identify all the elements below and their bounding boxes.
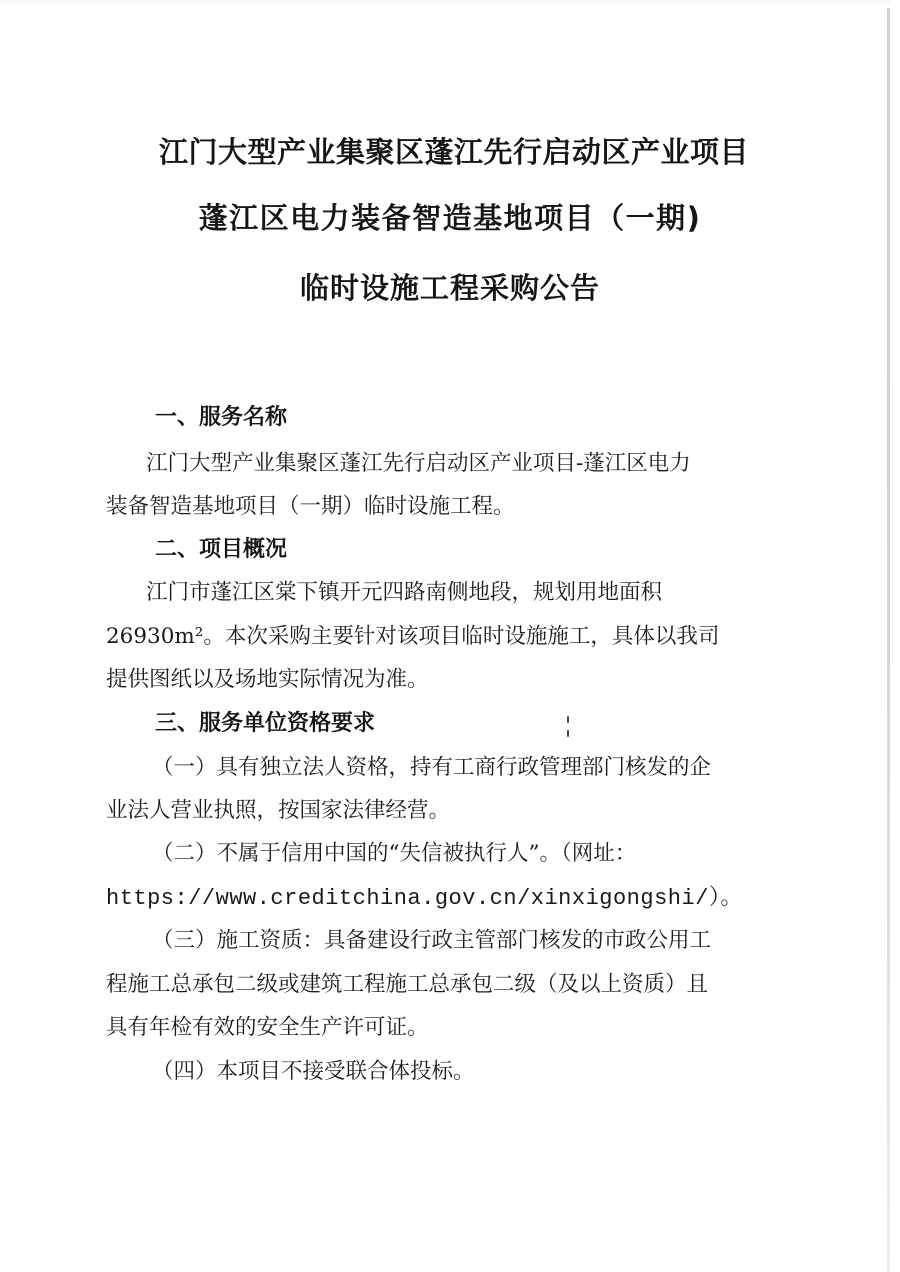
title-line-2: 蓬江区电力装备智造基地项目（一期) (0, 196, 900, 237)
requirement-4-line-1: （四）本项目不接受联合体投标。 (152, 1054, 475, 1085)
section-heading-service-name: 一、服务名称 (155, 400, 287, 431)
scan-artifact-mark (567, 730, 569, 737)
requirement-3-line-1: （三）施工资质：具备建设行政主管部门核发的市政公用工 (152, 923, 711, 954)
requirement-1-line-1: （一）具有独立法人资格，持有工商行政管理部门核发的企 (152, 750, 711, 781)
section-1-line-1: 江门大型产业集聚区蓬江先行启动区产业项目-蓬江区电力 (146, 446, 691, 477)
title-line-3: 临时设施工程采购公告 (0, 266, 900, 307)
section-heading-qualification-requirements: 三、服务单位资格要求 (155, 706, 375, 737)
section-2-line-3: 提供图纸以及场地实际情况为准。 (106, 662, 429, 693)
document-page: 江门大型产业集聚区蓬江先行启动区产业项目 蓬江区电力装备智造基地项目（一期) 临… (0, 0, 900, 1272)
section-heading-project-overview: 二、项目概况 (155, 532, 287, 563)
section-2-line-2: 26930m²。本次采购主要针对该项目临时设施施工，具体以我司 (106, 619, 719, 650)
section-2-line-1: 江门市蓬江区棠下镇开元四路南侧地段，规划用地面积 (146, 575, 662, 606)
requirement-3-line-2: 程施工总承包二级或建筑工程施工总承包二级（及以上资质）且 (106, 967, 708, 998)
section-1-line-2: 装备智造基地项目（一期）临时设施工程。 (106, 489, 515, 520)
scan-artifact-mark (567, 716, 569, 723)
requirement-2-url-line: https://www.creditchina.gov.cn/xinxigong… (106, 880, 743, 911)
requirement-2-line-1: （二）不属于信用中国的“失信被执行人”。（网址： (152, 836, 636, 867)
title-line-1: 江门大型产业集聚区蓬江先行启动区产业项目 (4, 130, 900, 171)
requirement-1-line-2: 业法人营业执照，按国家法律经营。 (106, 793, 450, 824)
scan-top-edge (0, 0, 890, 6)
requirement-3-line-3: 具有年检有效的安全生产许可证。 (106, 1010, 429, 1041)
